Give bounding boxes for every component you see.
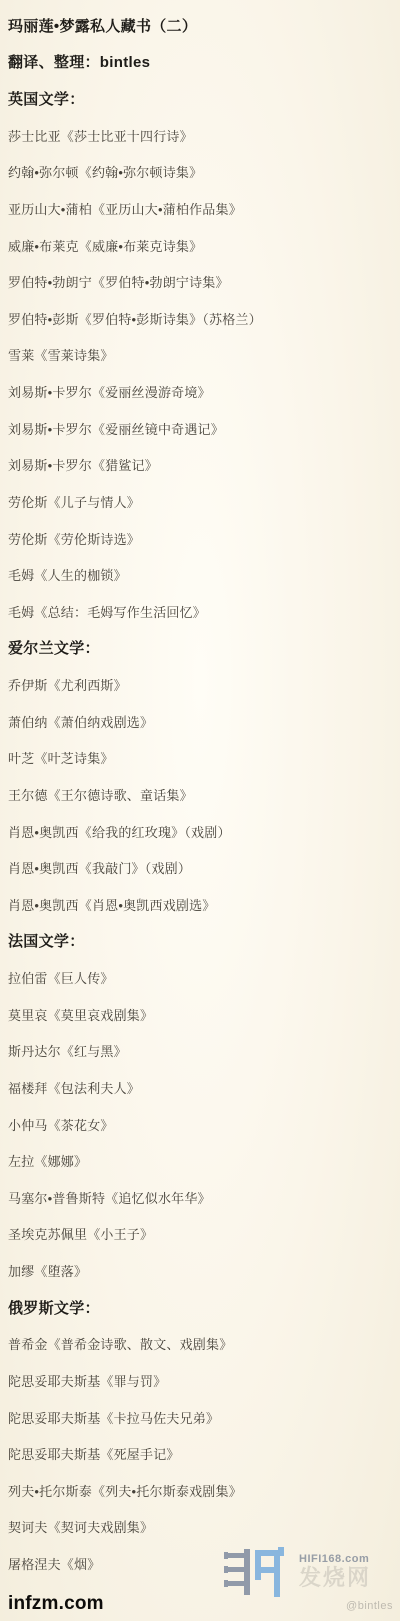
watermark-site-url: HIFI168.com [299, 1552, 371, 1566]
book-item: 普希金《普希金诗歌、散文、戏剧集》 [8, 1326, 396, 1363]
book-item: 圣埃克苏佩里《小王子》 [8, 1216, 396, 1253]
hifi168-logo-icon [223, 1547, 295, 1599]
book-item: 劳伦斯《劳伦斯诗选》 [8, 520, 396, 557]
book-list-content: 玛丽莲•梦露私人藏书（二） 翻译、整理：bintles 英国文学： 莎士比亚《莎… [8, 7, 396, 1582]
book-list-page: 玛丽莲•梦露私人藏书（二） 翻译、整理：bintles 英国文学： 莎士比亚《莎… [0, 0, 400, 1621]
book-item: 威廉•布莱克《威廉•布莱克诗集》 [8, 227, 396, 264]
book-item: 肖恩•奥凯西《肖恩•奥凯西戏剧选》 [8, 886, 396, 923]
book-item: 契诃夫《契诃夫戏剧集》 [8, 1509, 396, 1546]
book-item: 雪莱《雪莱诗集》 [8, 337, 396, 374]
book-item: 毛姆《总结：毛姆写作生活回忆》 [8, 593, 396, 630]
section-heading-french: 法国文学： [8, 923, 396, 960]
book-item: 罗伯特•彭斯《罗伯特•彭斯诗集》（苏格兰） [8, 300, 396, 337]
book-item: 亚历山大•蒲柏《亚历山大•蒲柏作品集》 [8, 190, 396, 227]
book-item: 萧伯纳《萧伯纳戏剧选》 [8, 703, 396, 740]
book-item: 约翰•弥尔顿《约翰•弥尔顿诗集》 [8, 154, 396, 191]
book-item: 福楼拜《包法利夫人》 [8, 1069, 396, 1106]
book-item: 刘易斯•卡罗尔《爱丽丝漫游奇境》 [8, 373, 396, 410]
page-title: 玛丽莲•梦露私人藏书（二） [8, 7, 396, 44]
book-item: 加缪《堕落》 [8, 1252, 396, 1289]
book-item: 刘易斯•卡罗尔《爱丽丝镜中奇遇记》 [8, 410, 396, 447]
credit-line: 翻译、整理：bintles [8, 44, 396, 81]
book-item: 劳伦斯《儿子与情人》 [8, 483, 396, 520]
watermark-text-column: HIFI168.com 发烧网 [299, 1545, 371, 1590]
watermark-row: HIFI168.com 发烧网 [223, 1545, 395, 1599]
book-item: 陀思妥耶夫斯基《卡拉马佐夫兄弟》 [8, 1399, 396, 1436]
book-item: 叶芝《叶芝诗集》 [8, 740, 396, 777]
watermark-site-name: 发烧网 [299, 1566, 371, 1590]
book-item: 肖恩•奥凯西《我敲门》（戏剧） [8, 849, 396, 886]
book-item: 斯丹达尔《红与黑》 [8, 1033, 396, 1070]
book-item: 罗伯特•勃朗宁《罗伯特•勃朗宁诗集》 [8, 263, 396, 300]
book-item: 乔伊斯《尤利西斯》 [8, 666, 396, 703]
book-item: 马塞尔•普鲁斯特《追忆似水年华》 [8, 1179, 396, 1216]
book-item: 陀思妥耶夫斯基《罪与罚》 [8, 1362, 396, 1399]
site-footer: infzm.com [8, 1593, 104, 1615]
book-item: 列夫•托尔斯泰《列夫•托尔斯泰戏剧集》 [8, 1472, 396, 1509]
section-heading-english: 英国文学： [8, 80, 396, 117]
section-heading-russian: 俄罗斯文学： [8, 1289, 396, 1326]
book-item: 王尔德《王尔德诗歌、童话集》 [8, 776, 396, 813]
book-item: 莫里哀《莫里哀戏剧集》 [8, 996, 396, 1033]
book-item: 刘易斯•卡罗尔《猎鲨记》 [8, 447, 396, 484]
book-item: 小仲马《茶花女》 [8, 1106, 396, 1143]
section-heading-irish: 爱尔兰文学： [8, 630, 396, 667]
book-item: 拉伯雷《巨人传》 [8, 959, 396, 996]
book-item: 肖恩•奥凯西《给我的红玫瑰》（戏剧） [8, 813, 396, 850]
book-item: 左拉《娜娜》 [8, 1142, 396, 1179]
watermark-username: @bintles [223, 1600, 395, 1612]
book-item: 毛姆《人生的枷锁》 [8, 556, 396, 593]
book-item: 陀思妥耶夫斯基《死屋手记》 [8, 1435, 396, 1472]
book-item: 莎士比亚《莎士比亚十四行诗》 [8, 117, 396, 154]
hifi168-watermark: HIFI168.com 发烧网 @bintles [223, 1545, 395, 1615]
